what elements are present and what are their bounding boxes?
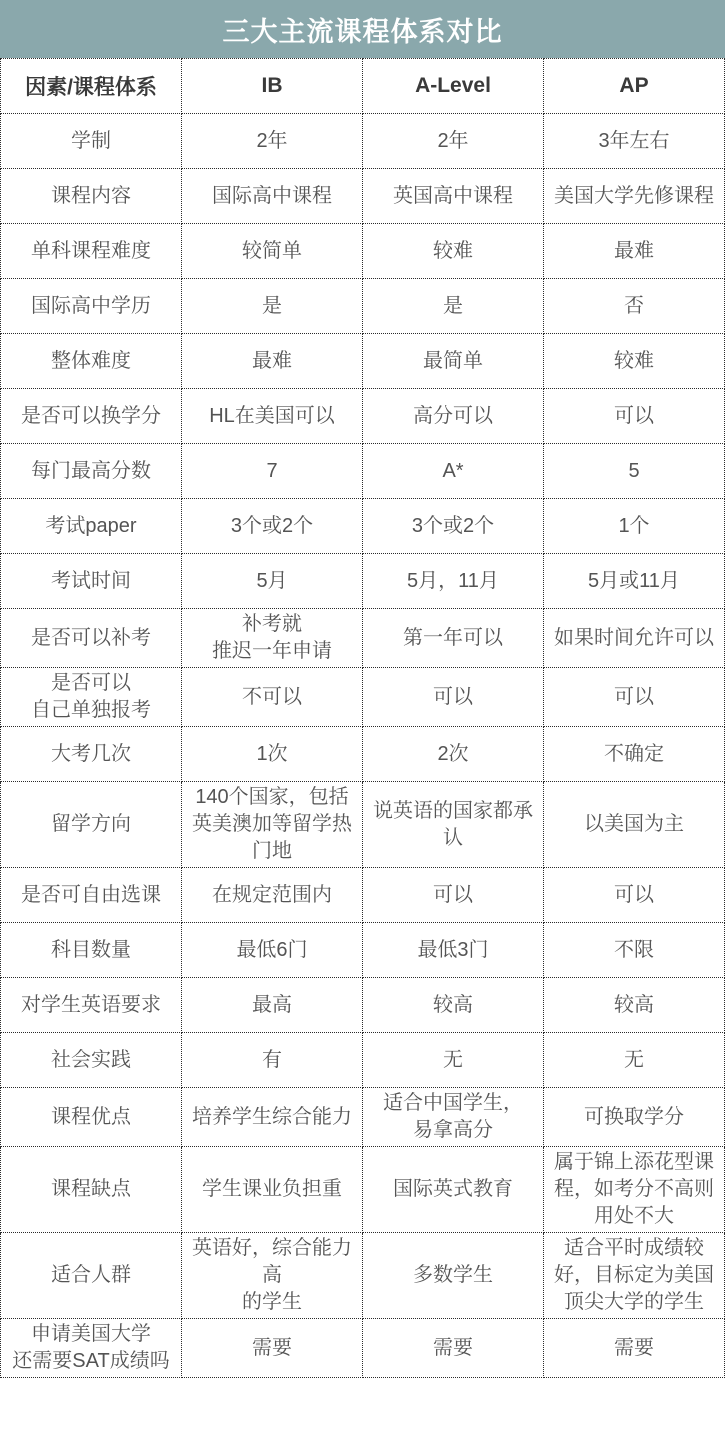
table-row: 考试paper 3个或2个 3个或2个 1个 — [1, 499, 725, 554]
row-label-cell: 学制 — [1, 114, 182, 169]
ap-cell: 不确定 — [544, 727, 725, 782]
alevel-cell: 国际英式教育 — [363, 1147, 544, 1233]
table-row: 整体难度 最难 最简单 较难 — [1, 334, 725, 389]
ib-cell: 2年 — [182, 114, 363, 169]
row-label-cell: 单科课程难度 — [1, 224, 182, 279]
comparison-page: 三大主流课程体系对比 因素/课程体系 IB A-Level AP 学制 2年 2… — [0, 0, 725, 1378]
ap-cell: 美国大学先修课程 — [544, 169, 725, 224]
ib-cell: 5月 — [182, 554, 363, 609]
alevel-cell: 2年 — [363, 114, 544, 169]
alevel-cell: 说英语的国家都承认 — [363, 782, 544, 868]
table-row: 课程缺点 学生课业负担重 国际英式教育 属于锦上添花型课程，如考分不高则用处不大 — [1, 1147, 725, 1233]
table-row: 国际高中学历 是 是 否 — [1, 279, 725, 334]
table-row: 每门最高分数 7 A* 5 — [1, 444, 725, 499]
table-row: 科目数量 最低6门 最低3门 不限 — [1, 923, 725, 978]
table-row: 社会实践 有 无 无 — [1, 1033, 725, 1088]
row-label-cell: 考试时间 — [1, 554, 182, 609]
row-label-cell: 考试paper — [1, 499, 182, 554]
ib-cell: 需要 — [182, 1319, 363, 1378]
alevel-cell: 多数学生 — [363, 1233, 544, 1319]
ib-cell: 3个或2个 — [182, 499, 363, 554]
row-label-cell: 大考几次 — [1, 727, 182, 782]
ap-cell: 较高 — [544, 978, 725, 1033]
row-label-cell: 每门最高分数 — [1, 444, 182, 499]
ap-cell: 5 — [544, 444, 725, 499]
table-row: 申请美国大学 还需要SAT成绩吗 需要 需要 需要 — [1, 1319, 725, 1378]
row-label-cell: 留学方向 — [1, 782, 182, 868]
row-label-cell: 整体难度 — [1, 334, 182, 389]
alevel-cell: 需要 — [363, 1319, 544, 1378]
ap-cell: 需要 — [544, 1319, 725, 1378]
ap-cell: 否 — [544, 279, 725, 334]
alevel-cell: A* — [363, 444, 544, 499]
ib-cell: 有 — [182, 1033, 363, 1088]
ib-cell: 不可以 — [182, 668, 363, 727]
comparison-table: 因素/课程体系 IB A-Level AP 学制 2年 2年 3年左右 课程内容… — [0, 58, 725, 1378]
ib-cell: 学生课业负担重 — [182, 1147, 363, 1233]
page-title-bar: 三大主流课程体系对比 — [0, 0, 725, 58]
row-label-cell: 是否可以 自己单独报考 — [1, 668, 182, 727]
row-label-cell: 社会实践 — [1, 1033, 182, 1088]
alevel-cell: 适合中国学生， 易拿高分 — [363, 1088, 544, 1147]
ap-cell: 最难 — [544, 224, 725, 279]
ib-cell: 最难 — [182, 334, 363, 389]
row-label-cell: 国际高中学历 — [1, 279, 182, 334]
ib-cell: 补考就 推迟一年申请 — [182, 609, 363, 668]
table-row: 是否可以换学分 HL在美国可以 高分可以 可以 — [1, 389, 725, 444]
header-ap: AP — [544, 59, 725, 114]
alevel-cell: 最简单 — [363, 334, 544, 389]
ap-cell: 可换取学分 — [544, 1088, 725, 1147]
ib-cell: 英语好，综合能力高 的学生 — [182, 1233, 363, 1319]
ap-cell: 3年左右 — [544, 114, 725, 169]
ap-cell: 适合平时成绩较好，目标定为美国顶尖大学的学生 — [544, 1233, 725, 1319]
row-label-cell: 是否可以换学分 — [1, 389, 182, 444]
ib-cell: 国际高中课程 — [182, 169, 363, 224]
row-label-cell: 课程内容 — [1, 169, 182, 224]
row-label-cell: 课程优点 — [1, 1088, 182, 1147]
table-row: 是否可自由选课 在规定范围内 可以 可以 — [1, 868, 725, 923]
ap-cell: 可以 — [544, 389, 725, 444]
table-row: 单科课程难度 较简单 较难 最难 — [1, 224, 725, 279]
alevel-cell: 无 — [363, 1033, 544, 1088]
table-row: 课程内容 国际高中课程 英国高中课程 美国大学先修课程 — [1, 169, 725, 224]
ap-cell: 5月或11月 — [544, 554, 725, 609]
header-factor: 因素/课程体系 — [1, 59, 182, 114]
alevel-cell: 是 — [363, 279, 544, 334]
alevel-cell: 5月，11月 — [363, 554, 544, 609]
alevel-cell: 英国高中课程 — [363, 169, 544, 224]
ib-cell: 1次 — [182, 727, 363, 782]
table-row: 考试时间 5月 5月，11月 5月或11月 — [1, 554, 725, 609]
ib-cell: 140个国家，包括英美澳加等留学热门地 — [182, 782, 363, 868]
table-header-row: 因素/课程体系 IB A-Level AP — [1, 59, 725, 114]
alevel-cell: 较难 — [363, 224, 544, 279]
header-ib: IB — [182, 59, 363, 114]
alevel-cell: 3个或2个 — [363, 499, 544, 554]
alevel-cell: 2次 — [363, 727, 544, 782]
ap-cell: 1个 — [544, 499, 725, 554]
alevel-cell: 最低3门 — [363, 923, 544, 978]
table-row: 是否可以 自己单独报考 不可以 可以 可以 — [1, 668, 725, 727]
table-row: 留学方向 140个国家，包括英美澳加等留学热门地 说英语的国家都承认 以美国为主 — [1, 782, 725, 868]
row-label-cell: 课程缺点 — [1, 1147, 182, 1233]
row-label-cell: 是否可自由选课 — [1, 868, 182, 923]
ib-cell: 最低6门 — [182, 923, 363, 978]
ap-cell: 以美国为主 — [544, 782, 725, 868]
ib-cell: 培养学生综合能力 — [182, 1088, 363, 1147]
row-label-cell: 是否可以补考 — [1, 609, 182, 668]
ap-cell: 较难 — [544, 334, 725, 389]
header-alevel: A-Level — [363, 59, 544, 114]
ap-cell: 属于锦上添花型课程，如考分不高则用处不大 — [544, 1147, 725, 1233]
page-title: 三大主流课程体系对比 — [223, 10, 503, 49]
alevel-cell: 可以 — [363, 868, 544, 923]
row-label-cell: 申请美国大学 还需要SAT成绩吗 — [1, 1319, 182, 1378]
ib-cell: 在规定范围内 — [182, 868, 363, 923]
table-row: 适合人群 英语好，综合能力高 的学生 多数学生 适合平时成绩较好，目标定为美国顶… — [1, 1233, 725, 1319]
alevel-cell: 第一年可以 — [363, 609, 544, 668]
ap-cell: 无 — [544, 1033, 725, 1088]
ib-cell: HL在美国可以 — [182, 389, 363, 444]
alevel-cell: 可以 — [363, 668, 544, 727]
table-row: 对学生英语要求 最高 较高 较高 — [1, 978, 725, 1033]
ap-cell: 如果时间允许可以 — [544, 609, 725, 668]
ap-cell: 可以 — [544, 868, 725, 923]
ib-cell: 是 — [182, 279, 363, 334]
ib-cell: 7 — [182, 444, 363, 499]
table-row: 大考几次 1次 2次 不确定 — [1, 727, 725, 782]
table-row: 课程优点 培养学生综合能力 适合中国学生， 易拿高分 可换取学分 — [1, 1088, 725, 1147]
row-label-cell: 对学生英语要求 — [1, 978, 182, 1033]
ib-cell: 最高 — [182, 978, 363, 1033]
table-row: 学制 2年 2年 3年左右 — [1, 114, 725, 169]
row-label-cell: 科目数量 — [1, 923, 182, 978]
alevel-cell: 高分可以 — [363, 389, 544, 444]
ap-cell: 可以 — [544, 668, 725, 727]
row-label-cell: 适合人群 — [1, 1233, 182, 1319]
table-row: 是否可以补考 补考就 推迟一年申请 第一年可以 如果时间允许可以 — [1, 609, 725, 668]
alevel-cell: 较高 — [363, 978, 544, 1033]
ib-cell: 较简单 — [182, 224, 363, 279]
ap-cell: 不限 — [544, 923, 725, 978]
